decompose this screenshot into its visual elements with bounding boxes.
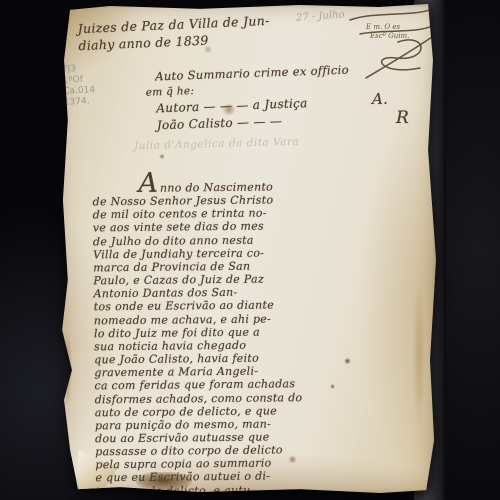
case-title-block: Auto Summario crime ex officio em q̃ he:… xyxy=(155,63,351,133)
body-line: pela supra copia ao summario xyxy=(95,456,345,472)
reu-mark: R xyxy=(396,108,409,128)
body-line: de Nosso Senhor Jesus Christo xyxy=(93,193,343,209)
body-line: Antonio Dantas dos San- xyxy=(93,285,343,301)
header-line-1: Juizes de Paz da Villa de Jun- xyxy=(77,12,270,37)
paper-wrap: Juizes de Paz da Villa de Jun- diahy ann… xyxy=(0,0,500,500)
bottom-edge-stain xyxy=(136,472,192,490)
pencil-date-note: 27 - Julho xyxy=(296,9,345,23)
party-autora: Autora — — — a Justiça xyxy=(156,95,350,116)
body-line: de Julho do dito anno nesta xyxy=(93,232,343,248)
body-paragraph: Anno do Nascimentode Nosso Senhor Jesus … xyxy=(92,175,345,498)
body-line: Villa de Jundiahy terceira co- xyxy=(93,245,343,261)
body-line: e que eu Escrivão autuei o di- xyxy=(95,469,345,485)
rubric-stroke xyxy=(360,25,434,34)
body-line: ca com feridas que foram achadas xyxy=(94,377,344,393)
body-line: disformes achados, como consta do xyxy=(95,390,345,406)
archive-ref-line: TJ3 xyxy=(62,63,94,76)
archive-ref-line: 1374. xyxy=(64,96,96,109)
body-line: Anno do Nascimento xyxy=(138,175,342,195)
body-line: auto de corpo de delicto, e que xyxy=(95,403,345,419)
rubric-stroke xyxy=(350,9,432,20)
ink-speck xyxy=(344,358,351,364)
header-annotation: Juizes de Paz da Villa de Jun- diahy ann… xyxy=(77,12,270,54)
foxing-stain xyxy=(288,456,297,463)
folded-corner xyxy=(76,442,118,494)
manuscript-page: Juizes de Paz da Villa de Jun- diahy ann… xyxy=(58,4,436,494)
archive-ref-line: Ca.014 xyxy=(63,85,95,98)
case-title: Auto Summario crime ex officio xyxy=(155,63,349,84)
rubric-text-1: E m. O es xyxy=(365,23,401,31)
rubric-text-2: Escº Guim. xyxy=(369,32,409,40)
rubric-cross-stroke xyxy=(366,37,432,78)
left-edge-stain xyxy=(63,332,72,406)
scanned-document-view: Juizes de Paz da Villa de Jun- diahy ann… xyxy=(0,0,500,500)
body-line: tos onde eu Escrivão ao diante xyxy=(94,298,344,314)
foxing-stain xyxy=(221,104,237,115)
autora-mark: A. xyxy=(372,90,388,108)
foxing-stain xyxy=(203,46,213,53)
body-line: passasse o dito corpo de delicto xyxy=(95,443,345,459)
body-line: to corpo de delicto, e autu xyxy=(96,482,346,498)
body-line: sua noticia havia chegado xyxy=(94,338,344,354)
case-subtitle: em q̃ he: xyxy=(146,80,350,99)
foxing-stain xyxy=(159,154,165,159)
right-edge-toning xyxy=(413,286,425,426)
body-line: dou ao Escrivão autuasse que xyxy=(95,430,345,446)
body-line: marca da Provincia de San xyxy=(93,259,343,275)
party-reu: João Calisto — — — xyxy=(157,112,351,133)
rubric-flourish xyxy=(382,40,421,70)
body-line: de mil oito centos e trinta no- xyxy=(93,206,343,222)
signature-rubric: E m. O es Escº Guim. xyxy=(336,4,438,88)
pencil-name-note: Julia d'Angelica da dita Vara xyxy=(134,136,300,152)
header-line-2: diahy anno de 1839 xyxy=(78,29,271,54)
body-line: nomeado me achava, e ahi pe- xyxy=(94,311,344,327)
body-line: para punição do mesmo, man- xyxy=(95,416,345,432)
body-line: lo dito Juiz me foi dito que a xyxy=(94,324,344,340)
archive-ref-line: 1ºOf xyxy=(62,74,94,87)
body-line: que João Calisto, havia feito xyxy=(94,351,344,367)
archive-reference-note: TJ31ºOfCa.0141374. xyxy=(62,63,96,109)
body-line: gravemente a Maria Angeli- xyxy=(94,364,344,380)
ink-speck xyxy=(330,384,335,389)
body-line: ve aos vinte sete dias do mes xyxy=(93,219,343,235)
body-line: Paulo, e Cazas do Juiz de Paz xyxy=(93,272,343,288)
